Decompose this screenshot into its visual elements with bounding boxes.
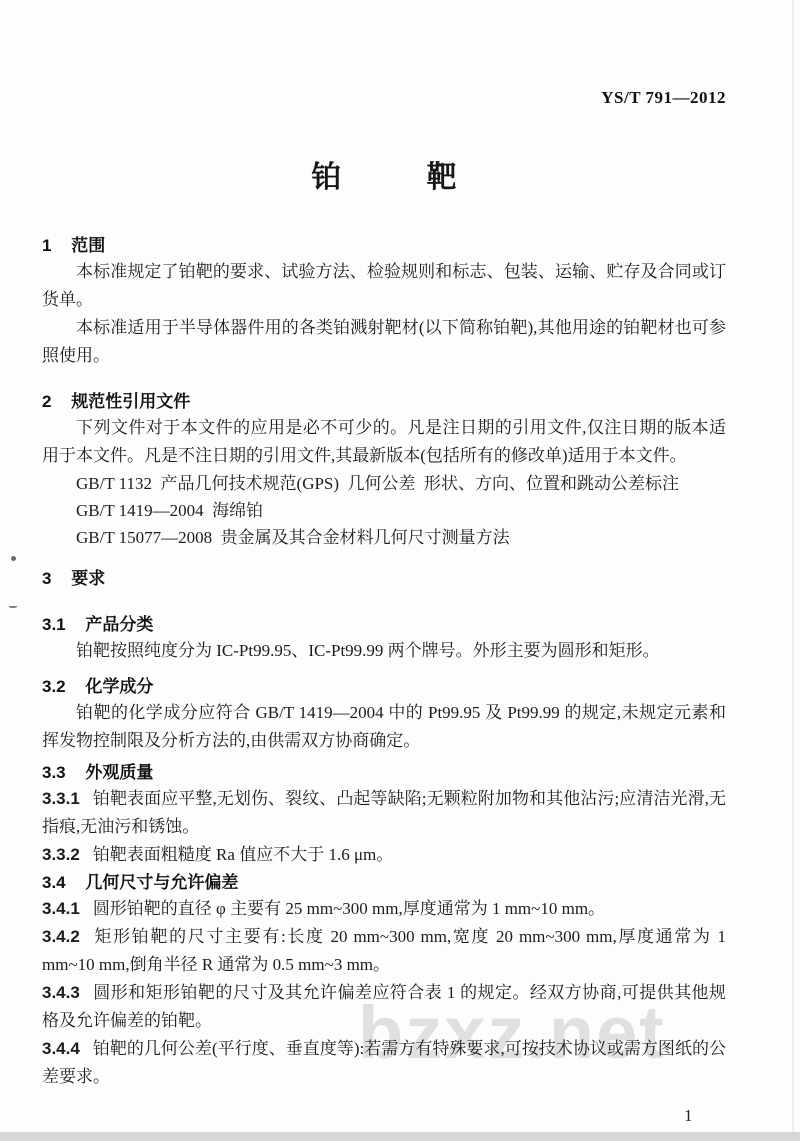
- clause-3-3-2: 3.3.2铂靶表面粗糙度 Ra 值应不大于 1.6 μm。: [42, 841, 726, 869]
- references-intro-paragraph: 下列文件对于本文件的应用是必不可少的。凡是注日期的引用文件,仅注日期的版本适用于…: [42, 414, 726, 470]
- chemical-composition-paragraph: 铂靶的化学成分应符合 GB/T 1419—2004 中的 Pt99.95 及 P…: [42, 699, 726, 755]
- reference-gbt-1132: GB/T 1132 产品几何技术规范(GPS) 几何公差 形状、方向、位置和跳动…: [42, 470, 726, 497]
- document-body: YS/T 791—2012 铂 靶 1 范围 本标准规定了铂靶的要求、试验方法、…: [42, 0, 726, 1091]
- section-number: 3.4: [42, 871, 66, 895]
- section-number: 3.1: [42, 613, 66, 637]
- clause-3-3-1: 3.3.1铂靶表面应平整,无划伤、裂纹、凸起等缺陷;无颗粒附加物和其他沾污;应清…: [42, 785, 726, 841]
- section-title: 化学成分: [85, 677, 153, 696]
- section-heading-scope: 1 范围: [42, 234, 726, 258]
- clause-text: 铂靶的几何公差(平行度、垂直度等):若需方有特殊要求,可按技术协议或需方图纸的公…: [42, 1039, 726, 1086]
- reference-gbt-15077: GB/T 15077—2008 贵金属及其合金材料几何尺寸测量方法: [42, 524, 726, 551]
- clause-number: 3.4.3: [42, 983, 80, 1002]
- section-heading-requirements: 3 要求: [42, 567, 726, 591]
- title-char-platinum: 铂: [312, 152, 342, 196]
- clause-3-4-2: 3.4.2矩形铂靶的尺寸主要有:长度 20 mm~300 mm,宽度 20 mm…: [42, 923, 726, 979]
- title-char-target: 靶: [427, 152, 457, 196]
- scope-paragraph-2: 本标准适用于半导体器件用的各类铂溅射靶材(以下简称铂靶),其他用途的铂靶材也可参…: [42, 314, 726, 370]
- clause-number: 3.3.1: [42, 789, 80, 808]
- clause-text: 铂靶表面应平整,无划伤、裂纹、凸起等缺陷;无颗粒附加物和其他沾污;应清洁光滑,无…: [42, 789, 726, 836]
- section-title: 产品分类: [85, 615, 153, 634]
- clause-text: 圆形和矩形铂靶的尺寸及其允许偏差应符合表 1 的规定。经双方协商,可提供其他规格…: [42, 983, 726, 1030]
- document-title: 铂 靶: [42, 152, 726, 196]
- section-title: 要求: [71, 569, 105, 588]
- clause-text: 铂靶表面粗糙度 Ra 值应不大于 1.6 μm。: [93, 845, 393, 864]
- clause-number: 3.3.2: [42, 845, 80, 864]
- scan-artifact-dot: [11, 556, 16, 561]
- page-number: 1: [684, 1106, 693, 1126]
- section-heading-chemical-composition: 3.2 化学成分: [42, 675, 726, 699]
- section-number: 1: [42, 234, 51, 258]
- scope-paragraph-1: 本标准规定了铂靶的要求、试验方法、检验规则和标志、包装、运输、贮存及合同或订货单…: [42, 258, 726, 314]
- section-title: 规范性引用文件: [71, 392, 190, 411]
- section-title: 范围: [71, 236, 105, 255]
- scanned-standard-page: { "header": { "standard_code": "YS/T 791…: [0, 0, 800, 1141]
- standard-code: YS/T 791—2012: [42, 88, 726, 108]
- section-number: 3: [42, 567, 51, 591]
- clause-number: 3.4.4: [42, 1039, 80, 1058]
- section-heading-dimensions-tolerances: 3.4 几何尺寸与允许偏差: [42, 871, 726, 895]
- clause-text: 矩形铂靶的尺寸主要有:长度 20 mm~300 mm,宽度 20 mm~300 …: [42, 927, 726, 974]
- classification-paragraph: 铂靶按照纯度分为 IC-Pt99.95、IC-Pt99.99 两个牌号。外形主要…: [42, 637, 726, 665]
- section-heading-normative-references: 2 规范性引用文件: [42, 390, 726, 414]
- clause-text: 圆形铂靶的直径 φ 主要有 25 mm~300 mm,厚度通常为 1 mm~10…: [93, 899, 605, 918]
- section-title: 几何尺寸与允许偏差: [85, 873, 238, 892]
- clause-3-4-1: 3.4.1圆形铂靶的直径 φ 主要有 25 mm~300 mm,厚度通常为 1 …: [42, 895, 726, 923]
- section-number: 3.3: [42, 761, 66, 785]
- reference-gbt-1419: GB/T 1419—2004 海绵铂: [42, 497, 726, 524]
- clause-number: 3.4.2: [42, 927, 80, 946]
- scan-bottom-strip: [0, 1132, 800, 1141]
- section-number: 3.2: [42, 675, 66, 699]
- section-heading-product-classification: 3.1 产品分类: [42, 613, 726, 637]
- scan-artifact-mark: [9, 602, 17, 608]
- section-number: 2: [42, 390, 51, 414]
- clause-3-4-4: 3.4.4铂靶的几何公差(平行度、垂直度等):若需方有特殊要求,可按技术协议或需…: [42, 1035, 726, 1091]
- clause-3-4-3: 3.4.3圆形和矩形铂靶的尺寸及其允许偏差应符合表 1 的规定。经双方协商,可提…: [42, 979, 726, 1035]
- clause-number: 3.4.1: [42, 899, 80, 918]
- section-title: 外观质量: [85, 763, 153, 782]
- section-heading-appearance-quality: 3.3 外观质量: [42, 761, 726, 785]
- scan-edge-shadow: [792, 0, 794, 1141]
